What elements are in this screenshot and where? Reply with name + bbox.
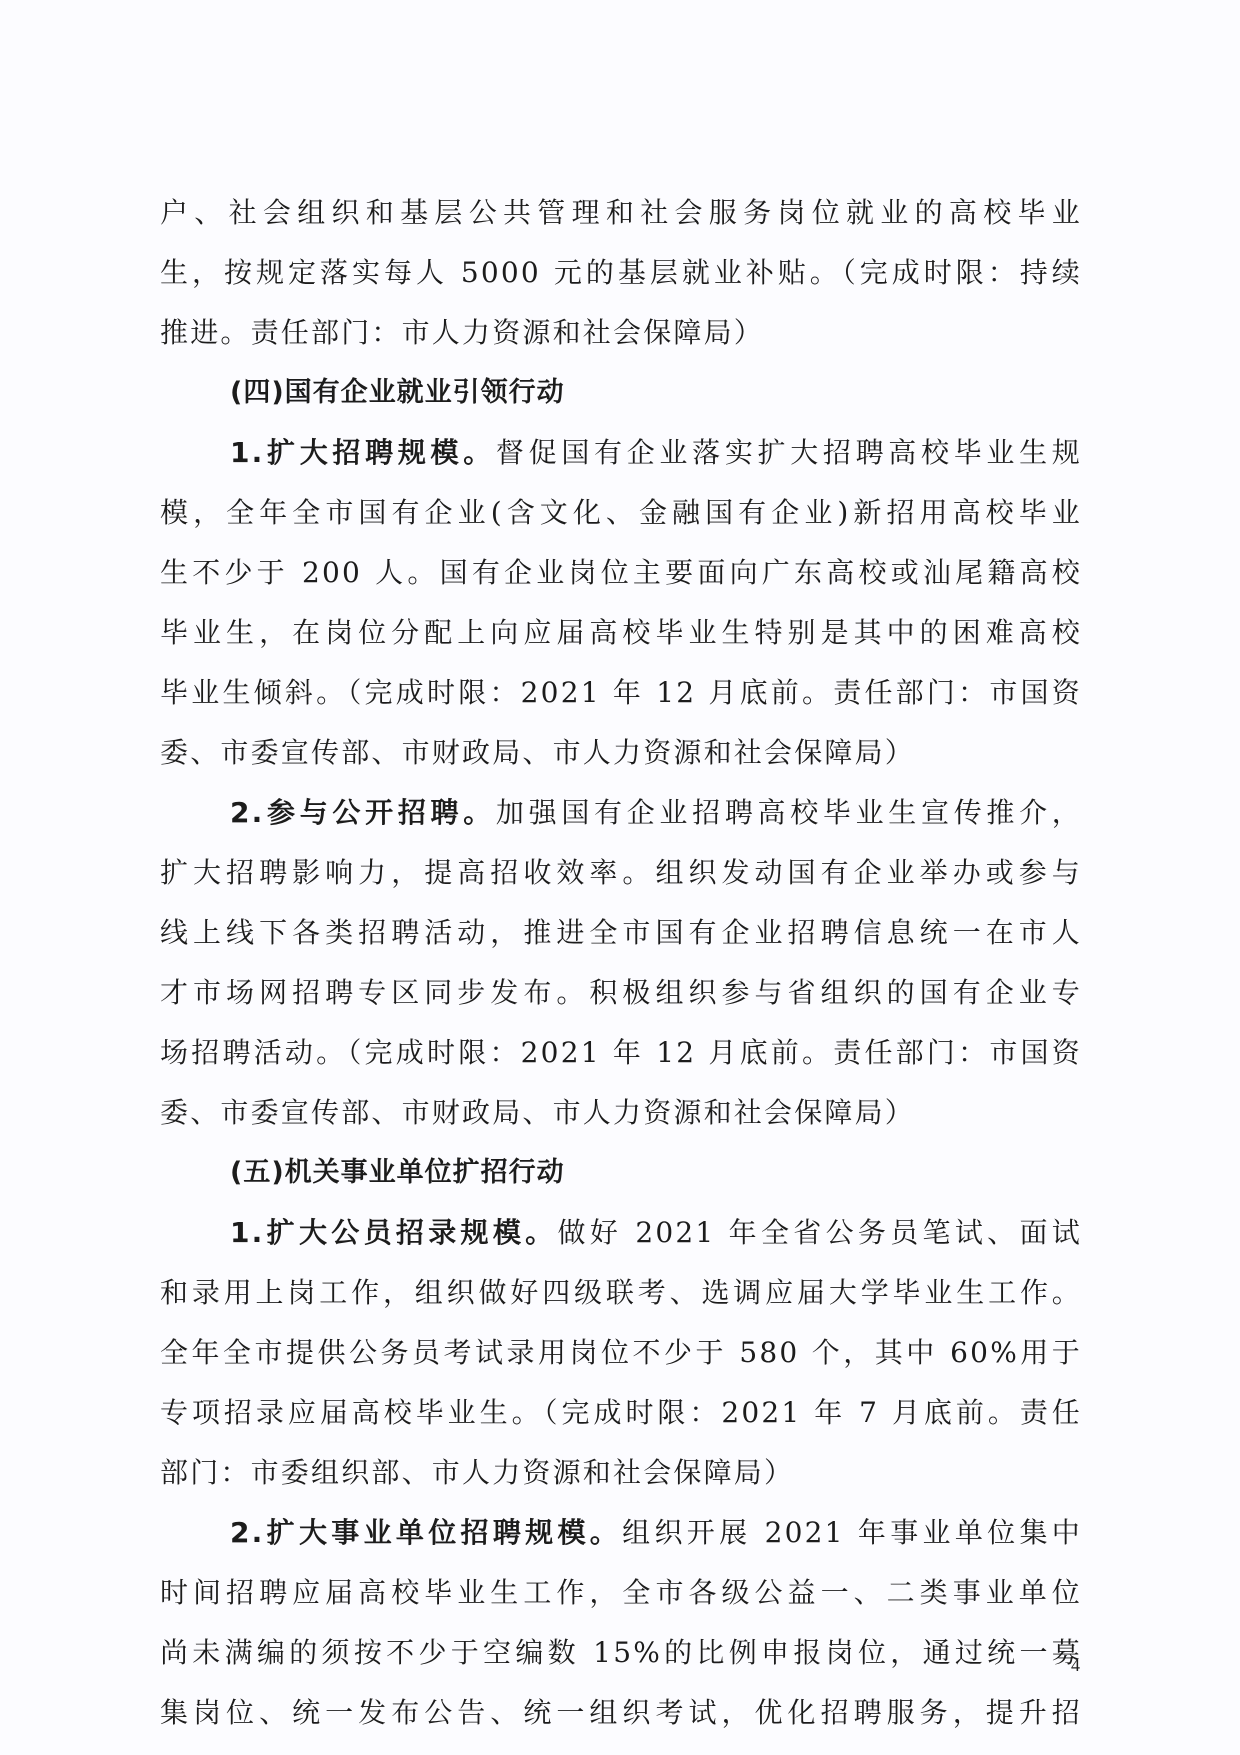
item-text: 加强国有企业招聘高校毕业生宣传推介， bbox=[496, 796, 1082, 829]
section-heading-5: (五)机关事业单位扩招行动 bbox=[160, 1143, 1082, 1203]
paragraph-line: 生，按规定落实每人 5000 元的基层就业补贴。（完成时限：持续 bbox=[160, 243, 1082, 303]
paragraph-line: 生不少于 200 人。国有企业岗位主要面向广东高校或汕尾籍高校 bbox=[160, 543, 1082, 603]
paragraph-line: 时间招聘应届高校毕业生工作，全市各级公益一、二类事业单位 bbox=[160, 1563, 1082, 1623]
paragraph-line: 集岗位、统一发布公告、统一组织考试，优化招聘服务，提升招 bbox=[160, 1683, 1082, 1743]
paragraph-line: 委、市委宣传部、市财政局、市人力资源和社会保障局） bbox=[160, 723, 1082, 783]
paragraph-line: 扩大招聘影响力，提高招收效率。组织发动国有企业举办或参与 bbox=[160, 843, 1082, 903]
paragraph-line: 2.扩大事业单位招聘规模。组织开展 2021 年事业单位集中 bbox=[160, 1503, 1082, 1563]
document-page: 户、社会组织和基层公共管理和社会服务岗位就业的高校毕业 生，按规定落实每人 50… bbox=[0, 0, 1240, 1755]
document-body: 户、社会组织和基层公共管理和社会服务岗位就业的高校毕业 生，按规定落实每人 50… bbox=[160, 183, 1082, 1743]
paragraph-line: 推进。责任部门：市人力资源和社会保障局） bbox=[160, 303, 1082, 363]
item-title: 2.参与公开招聘。 bbox=[230, 796, 496, 829]
paragraph-line: 2.参与公开招聘。加强国有企业招聘高校毕业生宣传推介， bbox=[160, 783, 1082, 843]
paragraph-line: 1.扩大公员招录规模。做好 2021 年全省公务员笔试、面试 bbox=[160, 1203, 1082, 1263]
paragraph-line: 毕业生，在岗位分配上向应届高校毕业生特别是其中的困难高校 bbox=[160, 603, 1082, 663]
paragraph-line: 毕业生倾斜。（完成时限：2021 年 12 月底前。责任部门：市国资 bbox=[160, 663, 1082, 723]
paragraph-line: 1.扩大招聘规模。督促国有企业落实扩大招聘高校毕业生规 bbox=[160, 423, 1082, 483]
paragraph-line: 线上线下各类招聘活动，推进全市国有企业招聘信息统一在市人 bbox=[160, 903, 1082, 963]
paragraph-line: 尚未满编的须按不少于空编数 15%的比例申报岗位，通过统一募 bbox=[160, 1623, 1082, 1683]
section-heading-4: (四)国有企业就业引领行动 bbox=[160, 363, 1082, 423]
item-title: 1.扩大招聘规模。 bbox=[230, 436, 496, 469]
paragraph-line: 场招聘活动。（完成时限：2021 年 12 月底前。责任部门：市国资 bbox=[160, 1023, 1082, 1083]
item-title: 1.扩大公员招录规模。 bbox=[230, 1216, 558, 1249]
item-text: 督促国有企业落实扩大招聘高校毕业生规 bbox=[496, 436, 1082, 469]
paragraph-line: 和录用上岗工作，组织做好四级联考、选调应届大学毕业生工作。 bbox=[160, 1263, 1082, 1323]
item-title: 2.扩大事业单位招聘规模。 bbox=[230, 1516, 622, 1549]
paragraph-line: 才市场网招聘专区同步发布。积极组织参与省组织的国有企业专 bbox=[160, 963, 1082, 1023]
item-text: 组织开展 2021 年事业单位集中 bbox=[622, 1516, 1082, 1549]
paragraph-line: 全年全市提供公务员考试录用岗位不少于 580 个，其中 60%用于 bbox=[160, 1323, 1082, 1383]
page-number: 4 bbox=[1071, 1655, 1080, 1676]
paragraph-line: 户、社会组织和基层公共管理和社会服务岗位就业的高校毕业 bbox=[160, 183, 1082, 243]
paragraph-line: 部门：市委组织部、市人力资源和社会保障局） bbox=[160, 1443, 1082, 1503]
item-text: 做好 2021 年全省公务员笔试、面试 bbox=[558, 1216, 1083, 1249]
paragraph-line: 模，全年全市国有企业(含文化、金融国有企业)新招用高校毕业 bbox=[160, 483, 1082, 543]
paragraph-line: 委、市委宣传部、市财政局、市人力资源和社会保障局） bbox=[160, 1083, 1082, 1143]
paragraph-line: 专项招录应届高校毕业生。（完成时限：2021 年 7 月底前。责任 bbox=[160, 1383, 1082, 1443]
